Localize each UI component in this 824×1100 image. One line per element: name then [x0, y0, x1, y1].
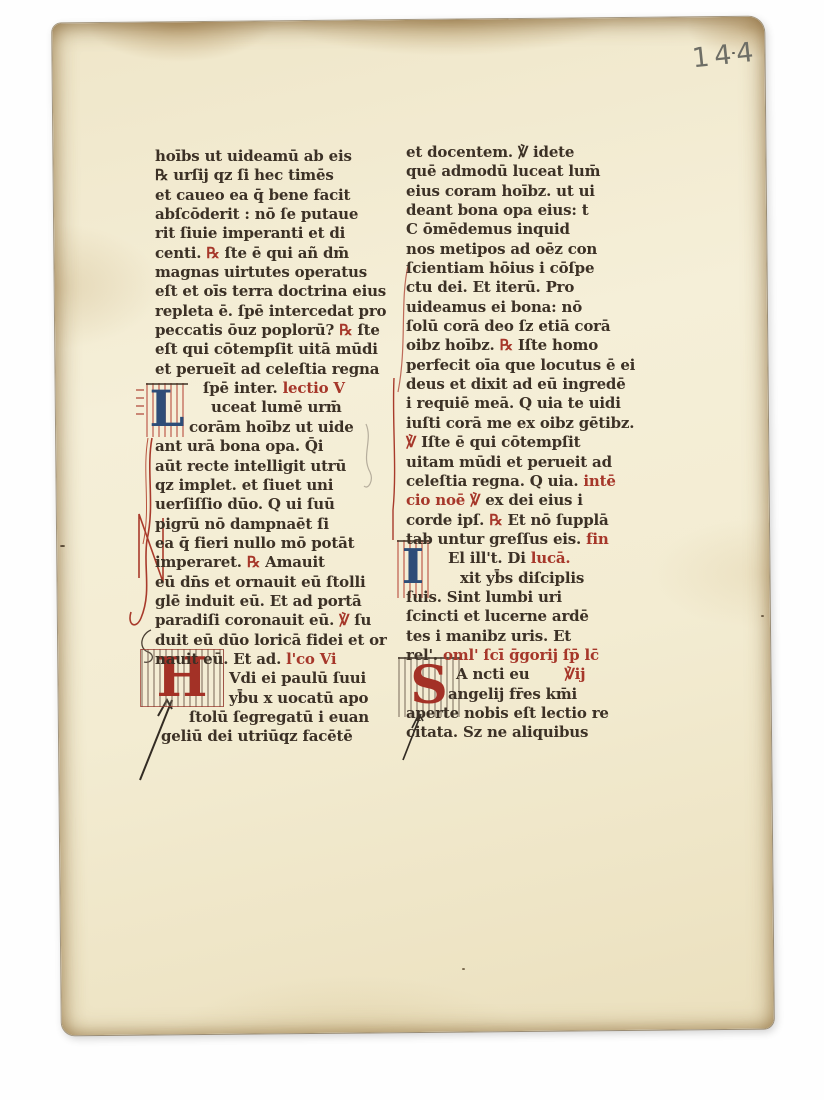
body-text: ſte ē qui añ dm̄ — [225, 244, 349, 262]
body-text: qz implet. et ſiuet uni — [155, 476, 333, 494]
manuscript-text-line: duit eū dūo loricā fidei et or — [155, 631, 407, 650]
manuscript-text-line: Vdi ei paulū ſuui — [155, 669, 407, 688]
body-text: nauit eū. Et ad. — [155, 650, 286, 668]
body-text: eū dn̄s et ornauit eū ſtolli — [155, 573, 365, 591]
body-text: peccatis ōuz poplorū? — [155, 321, 339, 339]
manuscript-text-line: eū dn̄s et ornauit eū ſtolli — [155, 573, 407, 592]
body-text: aūt recte intelligit utrū — [155, 457, 346, 475]
body-text: deus et dixit ad eū ingredē — [406, 375, 626, 393]
ink-speck — [732, 52, 735, 54]
rubric-text: lectio V — [283, 379, 345, 397]
body-text: celeſtia regna. Q uia. — [406, 472, 583, 490]
manuscript-text-line: uitam mūdi et perueit ad — [406, 453, 658, 472]
body-text: ex dei eius i — [485, 491, 583, 509]
manuscript-text-line: ctu dei. Et iterū. Pro — [406, 278, 658, 297]
body-text: Amauit — [265, 553, 325, 571]
manuscript-text-line: deant bona opa eius: t — [406, 201, 658, 220]
body-text: ſpē inter. — [203, 379, 283, 397]
body-text: ſolū corā deo ſz etiā corā — [406, 317, 610, 335]
manuscript-text-line: qz implet. et ſiuet uni — [155, 476, 407, 495]
manuscript-text-line: A ncti eu ℣ij — [406, 665, 658, 684]
manuscript-text-line: deus et dixit ad eū ingredē — [406, 375, 658, 394]
manuscript-text-line: ea q̄ fieri nullo mō potāt — [155, 534, 407, 553]
body-text: ſu — [354, 611, 371, 629]
body-text: uerſiſſio dūo. Q ui ſuū — [155, 495, 335, 513]
rubric-text: lucā. — [531, 549, 571, 567]
manuscript-text-line: ſpē inter. lectio V — [155, 379, 407, 398]
rubric-text: ℞ — [339, 321, 357, 339]
body-text: magnas uirtutes operatus — [155, 263, 367, 281]
manuscript-text-line: ℣ Iſte ē qui cōtempſit — [406, 433, 658, 452]
manuscript-text-line: glē induit eū. Et ad portā — [155, 592, 407, 611]
rubric-text: ℞ — [206, 244, 224, 262]
body-text: citata. Sz ne aliquibus — [406, 723, 588, 741]
manuscript-text-line: celeſtia regna. Q uia. intē — [406, 472, 658, 491]
body-text: repleta ē. ſpē intercedat pro — [155, 302, 386, 320]
manuscript-text-line: uideamus ei bona: nō — [406, 298, 658, 317]
body-text: eſt qui cōtempſit uitā mūdi — [155, 340, 378, 358]
manuscript-text-line: et perueīt ad celeſtia regna — [155, 360, 407, 379]
manuscript-text-line: eſt et oīs terra doctrina eius — [155, 282, 407, 301]
text-column-left: hoībs ut uideamū ab eis℞ urſij qz ſi hec… — [155, 147, 407, 747]
body-text: ℞ urſij qz ſi hec timēs — [155, 166, 334, 184]
manuscript-text-line: ant urā bona opa. Q̄i — [155, 437, 407, 456]
manuscript-text-line: corām hoībz ut uide — [155, 418, 407, 437]
manuscript-text-line: iuſti corā me ex oibz gētibz. — [406, 414, 658, 433]
manuscript-text-line: corde ipſ. ℞ Et nō ſupplā — [406, 511, 658, 530]
body-text: et docentem. ℣ idete — [406, 143, 574, 161]
body-text: iuſti corā me ex oibz gētibz. — [406, 414, 634, 432]
manuscript-text-line: nos metipos ad oēz con — [406, 240, 658, 259]
rubric-text: ℞ — [489, 511, 507, 529]
body-text: quē admodū luceat lum̄ — [406, 162, 600, 180]
body-text: tes i manibz uris. Et — [406, 627, 571, 645]
manuscript-text-line: uceat lumē urm̄ — [155, 398, 407, 417]
manuscript-text-line: imperaret. ℞ Amauit — [155, 553, 407, 572]
manuscript-text-line: uerſiſſio dūo. Q ui ſuū — [155, 495, 407, 514]
body-text: ſte — [357, 321, 379, 339]
body-text: aperte nobis eſt lectio re — [406, 704, 609, 722]
body-text: Iſte ē qui cōtempſit — [421, 433, 580, 451]
rubric-text: ℣ij — [534, 665, 585, 683]
body-text: El ill't. Di — [448, 549, 531, 567]
rubric-text: ℣ — [406, 433, 421, 451]
body-text: deant bona opa eius: t — [406, 201, 588, 219]
body-text: ea q̄ fieri nullo mō potāt — [155, 534, 354, 552]
manuscript-text-line: aūt recte intelligit utrū — [155, 457, 407, 476]
body-text: ſuis. Sint lumbi uri — [406, 588, 562, 606]
manuscript-text-line: ſcientiam hōius i cōſpe — [406, 259, 658, 278]
body-text: rit ſiuie imperanti et di — [155, 224, 345, 242]
ink-speck — [761, 615, 764, 617]
body-text: uitam mūdi et perueit ad — [406, 453, 612, 471]
manuscript-text-line: magnas uirtutes operatus — [155, 263, 407, 282]
body-text: oibz hoībz. — [406, 336, 500, 354]
rubric-text: fin — [586, 530, 608, 548]
body-text: uceat lumē urm̄ — [211, 398, 342, 416]
manuscript-text-line: oibz hoībz. ℞ Iſte homo — [406, 336, 658, 355]
body-text: geliū dei utriūqz facētē — [161, 727, 353, 745]
manuscript-text-line: rel'. oml' ſcī ḡgorij ſp̄ lc̄ — [406, 646, 658, 665]
manuscript-text-line: tes i manibz uris. Et — [406, 627, 658, 646]
manuscript-text-line: abſcōderit : nō ſe putaue — [155, 205, 407, 224]
body-text: i requiē meā. Q uia te uidi — [406, 394, 621, 412]
body-text: xit yb̄s diſciplis — [460, 569, 584, 587]
body-text: yb̄u x uocatū apo — [229, 689, 368, 707]
edge-nick — [60, 545, 65, 547]
body-text: ctu dei. Et iterū. Pro — [406, 278, 574, 296]
body-text: corde ipſ. — [406, 511, 489, 529]
rubric-text: intē — [583, 472, 615, 490]
body-text: abſcōderit : nō ſe putaue — [155, 205, 358, 223]
manuscript-text-line: C ōmēdemus inquid — [406, 220, 658, 239]
text-column-right: et docentem. ℣ idetequē admodū luceat lu… — [406, 143, 658, 743]
body-text: Vdi ei paulū ſuui — [229, 669, 366, 687]
manuscript-text-line: centi. ℞ ſte ē qui añ dm̄ — [155, 244, 407, 263]
manuscript-text-line: hoībs ut uideamū ab eis — [155, 147, 407, 166]
body-text: tab untur greſſus eis. — [406, 530, 586, 548]
rubric-text: cio noē ℣ — [406, 491, 485, 509]
body-text: centi. — [155, 244, 206, 262]
body-text: nos metipos ad oēz con — [406, 240, 597, 258]
body-text: imperaret. — [155, 553, 247, 571]
body-text: pigrū nō dampnaēt ſi — [155, 515, 329, 533]
manuscript-text-line: pigrū nō dampnaēt ſi — [155, 515, 407, 534]
body-text: paradiſi coronauit eū. — [155, 611, 339, 629]
manuscript-text-line: quē admodū luceat lum̄ — [406, 162, 658, 181]
body-text: ſtolū ſegregatū i euan — [189, 708, 369, 726]
manuscript-text-line: yb̄u x uocatū apo — [155, 689, 407, 708]
rubric-text: ℞ — [500, 336, 518, 354]
manuscript-text-line: ſuis. Sint lumbi uri — [406, 588, 658, 607]
manuscript-text-line: xit yb̄s diſciplis — [406, 569, 658, 588]
body-text: perfecit oīa que locutus ē ei — [406, 356, 635, 374]
rubric-text: l'co Vi — [286, 650, 336, 668]
manuscript-text-line: aperte nobis eſt lectio re — [406, 704, 658, 723]
manuscript-text-line: ſtolū ſegregatū i euan — [155, 708, 407, 727]
body-text: et caueo ea q̄ bene facit — [155, 186, 350, 204]
manuscript-text-line: perfecit oīa que locutus ē ei — [406, 356, 658, 375]
manuscript-text-line: geliū dei utriūqz facētē — [155, 727, 407, 746]
ink-speck — [462, 968, 465, 970]
body-text: et perueīt ad celeſtia regna — [155, 360, 379, 378]
body-text: A ncti eu — [456, 665, 534, 683]
rubric-text: oml' ſcī ḡgorij ſp̄ lc̄ — [443, 646, 599, 664]
body-text: C ōmēdemus inquid — [406, 220, 570, 238]
rubric-text: ℣ — [339, 611, 354, 629]
manuscript-text-line: et caueo ea q̄ bene facit — [155, 186, 407, 205]
body-text: angelij fr̄es km̄i — [448, 685, 577, 703]
manuscript-text-line: ℞ urſij qz ſi hec timēs — [155, 166, 407, 185]
manuscript-text-line: peccatis ōuz poplorū? ℞ ſte — [155, 321, 407, 340]
manuscript-text-line: i requiē meā. Q uia te uidi — [406, 394, 658, 413]
manuscript-text-line: citata. Sz ne aliquibus — [406, 723, 658, 742]
body-text: ant urā bona opa. Q̄i — [155, 437, 323, 455]
body-text: Et nō ſupplā — [507, 511, 608, 529]
body-text: Iſte homo — [518, 336, 598, 354]
body-text: ſcincti et lucerne ardē — [406, 607, 589, 625]
manuscript-text-line: et docentem. ℣ idete — [406, 143, 658, 162]
body-text: eſt et oīs terra doctrina eius — [155, 282, 386, 300]
manuscript-text-line: paradiſi coronauit eū. ℣ ſu — [155, 611, 407, 630]
manuscript-text-line: cio noē ℣ ex dei eius i — [406, 491, 658, 510]
body-text: glē induit eū. Et ad portā — [155, 592, 362, 610]
body-text: duit eū dūo loricā fidei et or — [155, 631, 387, 649]
manuscript-text-line: eſt qui cōtempſit uitā mūdi — [155, 340, 407, 359]
body-text: ſcientiam hōius i cōſpe — [406, 259, 594, 277]
manuscript-text-line: nauit eū. Et ad. l'co Vi — [155, 650, 407, 669]
manuscript-text-line: rit ſiuie imperanti et di — [155, 224, 407, 243]
body-text: corām hoībz ut uide — [189, 418, 354, 436]
manuscript-text-line: tab untur greſſus eis. fin — [406, 530, 658, 549]
body-text: rel'. — [406, 646, 443, 664]
manuscript-text-line: repleta ē. ſpē intercedat pro — [155, 302, 407, 321]
body-text: hoībs ut uideamū ab eis — [155, 147, 352, 165]
manuscript-text-line: ſolū corā deo ſz etiā corā — [406, 317, 658, 336]
manuscript-text-line: El ill't. Di lucā. — [406, 549, 658, 568]
manuscript-text-line: eius coram hoībz. ut ui — [406, 182, 658, 201]
manuscript-text-line: angelij fr̄es km̄i — [406, 685, 658, 704]
manuscript-text-line: ſcincti et lucerne ardē — [406, 607, 658, 626]
body-text: uideamus ei bona: nō — [406, 298, 582, 316]
rubric-text: ℞ — [247, 553, 265, 571]
body-text: eius coram hoībz. ut ui — [406, 182, 595, 200]
